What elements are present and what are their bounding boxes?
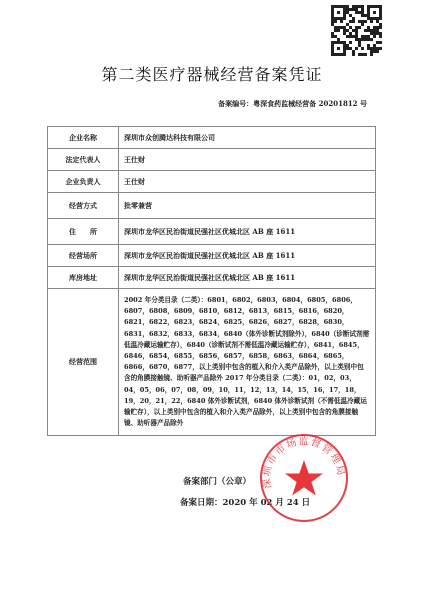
label-business-mode: 经营方式	[48, 193, 119, 219]
table-row: 经营范围 2002 年分类目录（二类）：6801，6802，6803，6804，…	[48, 289, 376, 436]
certificate-table: 企业名称 深圳市众创腾达科技有限公司 法定代表人 王仕财 企业负责人 王仕财 经…	[47, 126, 376, 436]
page-title: 第二类医疗器械经营备案凭证	[0, 62, 424, 85]
label-warehouse-address: 库房地址	[48, 267, 119, 289]
label-business-premises: 经营场所	[48, 245, 119, 267]
record-number: 备案编号：粤深食药监械经营备 20201812 号	[218, 99, 367, 109]
value-business-scope: 2002 年分类目录（二类）：6801，6802，6803，6804，6805，…	[119, 289, 376, 436]
value-company-name: 深圳市众创腾达科技有限公司	[119, 127, 376, 149]
value-person-in-charge: 王仕财	[119, 171, 376, 193]
official-seal-star-icon: 深圳市市场监督管理局	[258, 432, 350, 524]
table-row: 企业负责人 王仕财	[48, 171, 376, 193]
table-row: 住 所 深圳市龙华区民治街道民强社区优城北区 AB 座 1611	[48, 219, 376, 245]
label-company-name: 企业名称	[48, 127, 119, 149]
label-domicile: 住 所	[48, 219, 119, 245]
table-row: 经营方式 批零兼营	[48, 193, 376, 219]
value-legal-rep: 王仕财	[119, 149, 376, 171]
qr-code-icon	[331, 5, 382, 56]
filing-department: 备案部门（公章）	[183, 475, 251, 487]
table-row: 库房地址 深圳市龙华区民治街道民强社区优城北区 AB 座 1611	[48, 267, 376, 289]
table-row: 经营场所 深圳市龙华区民治街道民强社区优城北区 AB 座 1611	[48, 245, 376, 267]
label-business-scope: 经营范围	[48, 289, 119, 436]
label-legal-rep: 法定代表人	[48, 149, 119, 171]
value-warehouse-address: 深圳市龙华区民治街道民强社区优城北区 AB 座 1611	[119, 267, 376, 289]
value-domicile: 深圳市龙华区民治街道民强社区优城北区 AB 座 1611	[119, 219, 376, 245]
label-person-in-charge: 企业负责人	[48, 171, 119, 193]
table-row: 企业名称 深圳市众创腾达科技有限公司	[48, 127, 376, 149]
value-business-mode: 批零兼营	[119, 193, 376, 219]
value-business-premises: 深圳市龙华区民治街道民强社区优城北区 AB 座 1611	[119, 245, 376, 267]
table-row: 法定代表人 王仕财	[48, 149, 376, 171]
